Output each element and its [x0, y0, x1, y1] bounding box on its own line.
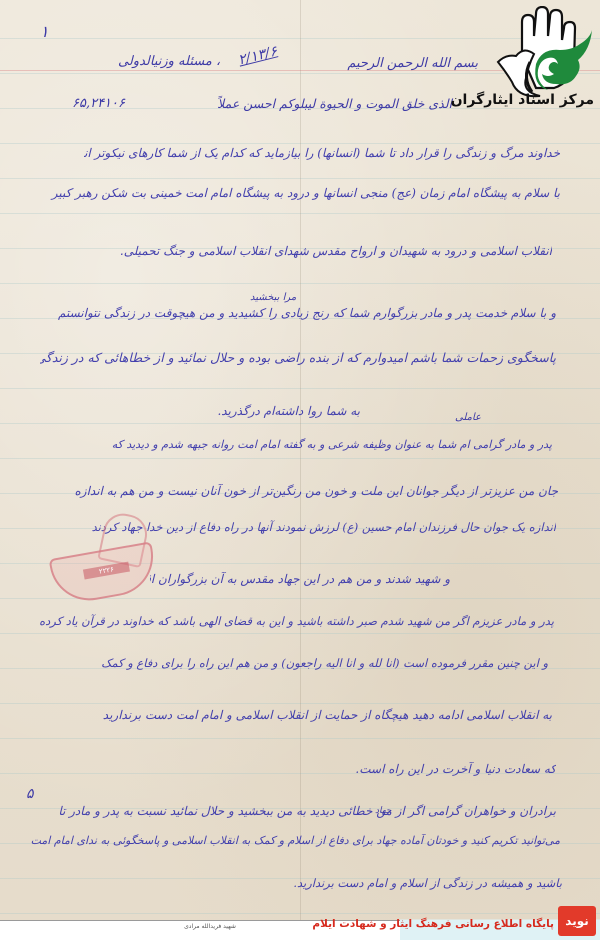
letter-line: پاسخگوی زحمات شما باشم امیدوارم که از بن…: [40, 350, 556, 365]
annotation-jihad: جهاد: [375, 806, 391, 816]
letter-line: و این چنین مقرر فرموده است (انا لله و ان…: [50, 656, 548, 670]
letter-scan: ۱ ۲/۱۳/۶ ، مسئله وزنیالدولی بسم الله الر…: [0, 0, 600, 920]
letter-line: باشید و همیشه در زندگی از اسلام و امام د…: [290, 876, 562, 890]
navid-shahed-text: پایگاه اطلاع رسانی فرهنگ ایثار و شهادت ا…: [312, 918, 554, 930]
letter-line: می‌توانید تکریم کنید و خودتان آماده جهاد…: [10, 834, 560, 847]
letter-line: و شهید شدند و من هم در این جهاد مقدس به …: [150, 572, 450, 586]
annotation-forgive: مرا ببخشید: [250, 292, 296, 303]
logo-caption: مرکز اسناد ایثارگران: [451, 92, 594, 108]
navid-shahed-watermark: نوید شاهد پایگاه اطلاع رسانی فرهنگ ایثار…: [400, 906, 600, 940]
basmala: بسم الله الرحمن الرحیم: [347, 56, 478, 71]
letter-line: پدر و مادر گرامی ام شما به عنوان وظیفه ش…: [50, 438, 552, 451]
stamp-body: ۲۲۲۶: [49, 541, 160, 606]
letter-line: به انقلاب اسلامی ادامه دهید هیچگاه از حم…: [50, 708, 552, 722]
paper-fold: [300, 0, 301, 920]
stamp-code: ۲۲۲۶: [83, 562, 130, 580]
corner-mark: ۱: [40, 22, 49, 41]
annotation-name: عاملی: [455, 412, 481, 423]
letter-line: پدر و مادر عزیزم اگر من شهید شدم صبر داش…: [40, 614, 554, 628]
letter-line: خداوند مرگ و زندگی را قرار داد تا شما (ا…: [84, 146, 560, 160]
letter-line: با سلام به پیشگاه امام زمان (عج) منجی ان…: [36, 186, 560, 200]
letter-line: به شما روا داشته‌ام درگذرید.: [170, 404, 360, 418]
letter-line: انقلاب اسلامی و درود به شهیدان و ارواح م…: [96, 244, 552, 258]
red-seal-stamp: ۲۲۲۶: [48, 510, 158, 600]
signer-note: ، مسئله وزنیالدولی: [118, 54, 220, 69]
letter-line: برادران و خواهران گرامی اگر از من خطائی …: [36, 804, 556, 818]
letter-line: جان من عزیزتر از دیگر جوانان این ملت و خ…: [36, 484, 558, 498]
page-number-mark: ۵: [26, 786, 34, 802]
letter-line: و با سلام خدمت پدر و مادر بزرگوارم شما ک…: [40, 306, 556, 320]
letter-line: که سعادت دنیا و آخرت در این راه است.: [300, 762, 556, 776]
navid-shahed-logo-icon: نوید شاهد: [558, 906, 596, 936]
archive-number: ۶۵,۲۴۱۰۶: [72, 96, 125, 111]
quran-verse: الذی خلق الموت و الحیوة لیبلوکم احسن عمل…: [217, 96, 452, 111]
